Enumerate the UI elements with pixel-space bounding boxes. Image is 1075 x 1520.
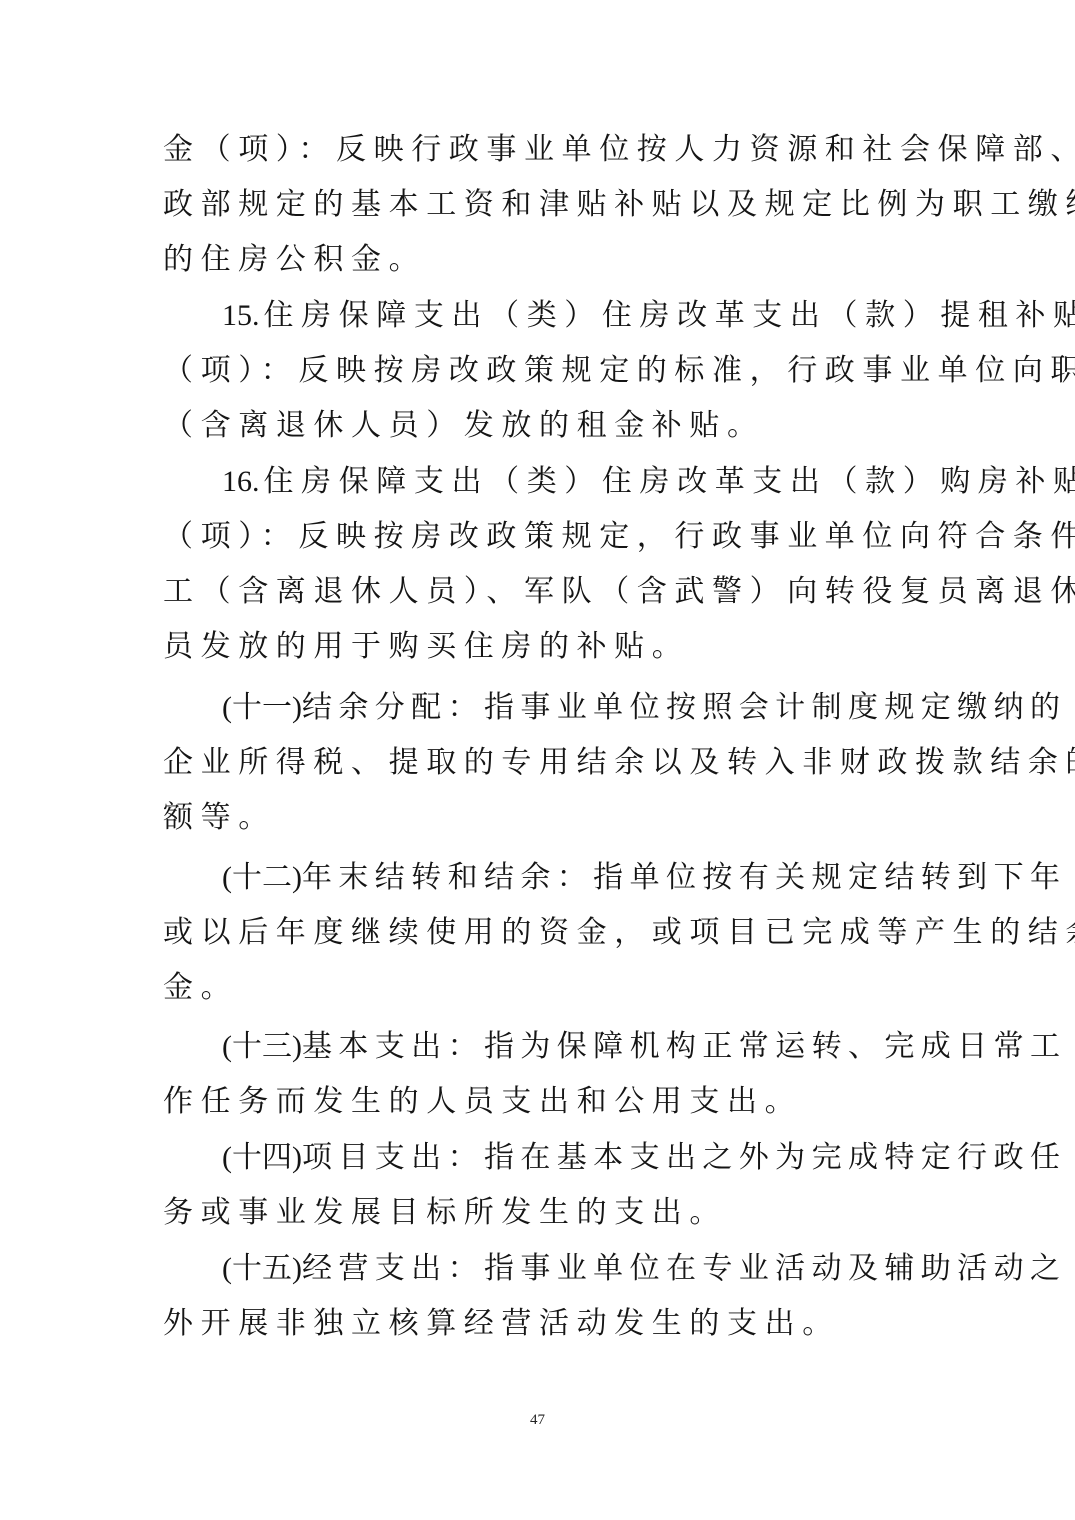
text-line: （项）：反映按房改政策规定的标准，行政事业单位向职工 [163, 351, 915, 391]
text-line: 政部规定的基本工资和津贴补贴以及规定比例为职工缴纳 [163, 185, 915, 225]
item-number: 15. [222, 299, 260, 332]
text-line: 住房保障支出（类）住房改革支出（款）提租补贴 [264, 298, 1075, 333]
section-item-14: (十四)项目支出：指在基本支出之外为完成特定行政任 [222, 1138, 915, 1178]
section-prefix: (十三) [222, 1030, 302, 1063]
text-line: 额等。 [163, 798, 915, 838]
numbered-item-15: 15.住房保障支出（类）住房改革支出（款）提租补贴 [222, 296, 915, 336]
text-line: 作任务而发生的人员支出和公用支出。 [163, 1082, 915, 1122]
text-line: 的住房公积金。 [163, 240, 915, 280]
section-prefix: (十五) [222, 1252, 302, 1285]
text-line: 务或事业发展目标所发生的支出。 [163, 1193, 915, 1233]
page-number: 47 [0, 1412, 1075, 1429]
item-number: 16. [222, 465, 260, 498]
text-line: （项）：反映按房改政策规定，行政事业单位向符合条件职 [163, 517, 915, 557]
text-line: 结余分配：指事业单位按照会计制度规定缴纳的 [302, 690, 1066, 725]
section-item-15: (十五)经营支出：指事业单位在专业活动及辅助活动之 [222, 1249, 915, 1289]
section-prefix: (十四) [222, 1141, 302, 1174]
text-line: 员发放的用于购买住房的补贴。 [163, 627, 915, 667]
section-item-12: (十二)年末结转和结余：指单位按有关规定结转到下年 [222, 858, 915, 898]
numbered-item-16: 16.住房保障支出（类）住房改革支出（款）购房补贴 [222, 462, 915, 502]
text-line: 金。 [163, 968, 915, 1008]
section-prefix: (十二) [222, 861, 302, 894]
text-line: 工（含离退休人员）、军队（含武警）向转役复员离退休人 [163, 572, 915, 612]
section-item-13: (十三)基本支出：指为保障机构正常运转、完成日常工 [222, 1027, 915, 1067]
text-line: 企业所得税、提取的专用结余以及转入非财政拨款结余的金 [163, 743, 915, 783]
section-prefix: (十一) [222, 691, 302, 724]
text-line: 经营支出：指事业单位在专业活动及辅助活动之 [302, 1251, 1066, 1286]
text-line: 基本支出：指为保障机构正常运转、完成日常工 [302, 1029, 1066, 1064]
section-item-11: (十一)结余分配：指事业单位按照会计制度规定缴纳的 [222, 688, 915, 728]
text-line: 年末结转和结余：指单位按有关规定结转到下年 [302, 860, 1066, 895]
text-line: 项目支出：指在基本支出之外为完成特定行政任 [302, 1140, 1066, 1175]
text-line: 金（项）：反映行政事业单位按人力资源和社会保障部、财 [163, 130, 915, 170]
text-line: 外开展非独立核算经营活动发生的支出。 [163, 1304, 915, 1344]
text-line: 或以后年度继续使用的资金，或项目已完成等产生的结余资 [163, 913, 915, 953]
text-line: 住房保障支出（类）住房改革支出（款）购房补贴 [264, 464, 1075, 499]
document-page: 金（项）：反映行政事业单位按人力资源和社会保障部、财 政部规定的基本工资和津贴补… [0, 0, 1075, 1520]
text-line: （含离退休人员）发放的租金补贴。 [163, 406, 915, 446]
